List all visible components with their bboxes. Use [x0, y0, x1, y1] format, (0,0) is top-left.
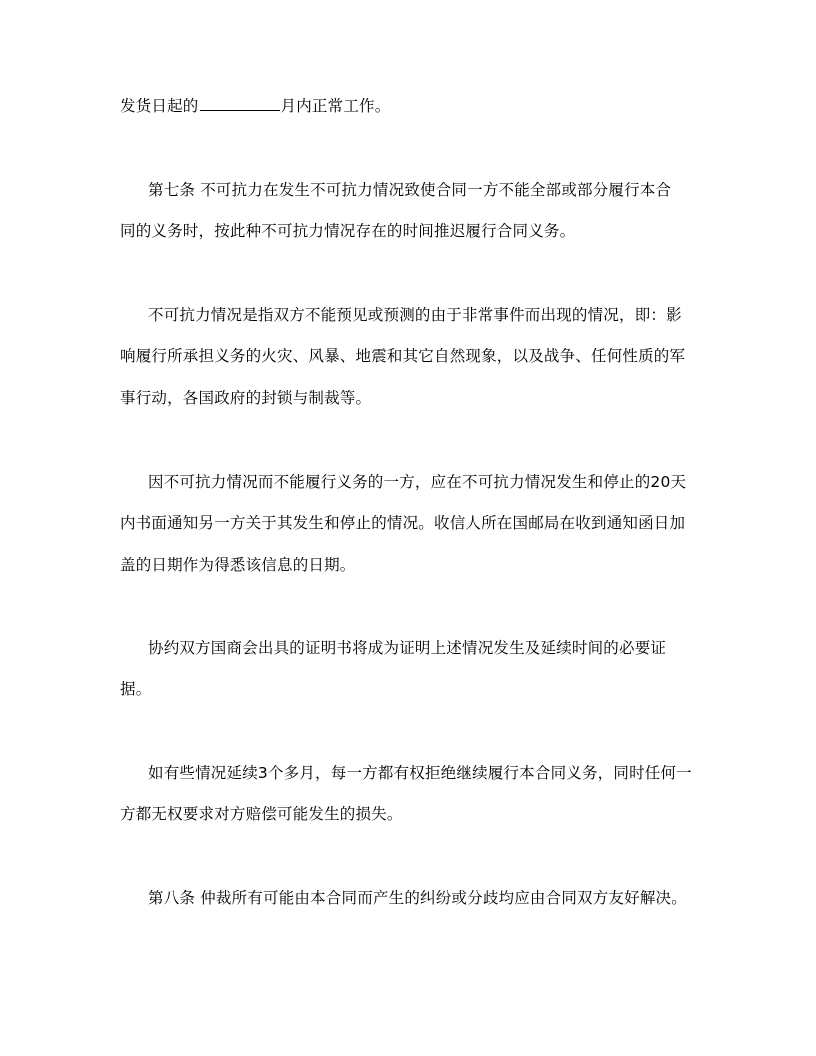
paragraph-line: 协约双方国商会出具的证明书将成为证明上述情况发生及延续时间的必要证 [148, 638, 666, 658]
paragraph-line: 内书面通知另一方关于其发生和停止的情况。收信人所在国邮局在收到通知函日加 [120, 513, 685, 533]
text-fragment: 月内正常工作。 [281, 97, 391, 115]
paragraph-line: 据。 [120, 679, 151, 699]
paragraph-line: 同的义务时，按此种不可抗力情况存在的时间推迟履行合同义务。 [120, 221, 575, 241]
paragraph-line: 事行动，各国政府的封锁与制裁等。 [120, 388, 371, 408]
fill-in-blank [200, 96, 280, 111]
article-7-heading-line: 第七条 不可抗力在发生不可抗力情况致使合同一方不能全部或部分履行本合 [148, 180, 671, 200]
paragraph-line: 响履行所承担义务的火灾、风暴、地震和其它自然现象，以及战争、任何性质的军 [120, 346, 685, 366]
paragraph-line: 发货日起的月内正常工作。 [120, 96, 390, 116]
text-fragment: 发货日起的 [120, 97, 199, 115]
paragraph-line: 不可抗力情况是指双方不能预见或预测的由于非常事件而出现的情况，即：影 [148, 305, 682, 325]
paragraph-line: 盖的日期作为得悉该信息的日期。 [120, 555, 356, 575]
article-8-heading-line: 第八条 仲裁所有可能由本合同而产生的纠纷或分歧均应由合同双方友好解决。 [148, 888, 687, 908]
paragraph-line: 方都无权要求对方赔偿可能发生的损失。 [120, 804, 403, 824]
paragraph-line: 如有些情况延续3个多月，每一方都有权拒绝继续履行本合同义务，同时任何一 [148, 763, 692, 783]
paragraph-line: 因不可抗力情况而不能履行义务的一方，应在不可抗力情况发生和停止的20天 [148, 472, 686, 492]
